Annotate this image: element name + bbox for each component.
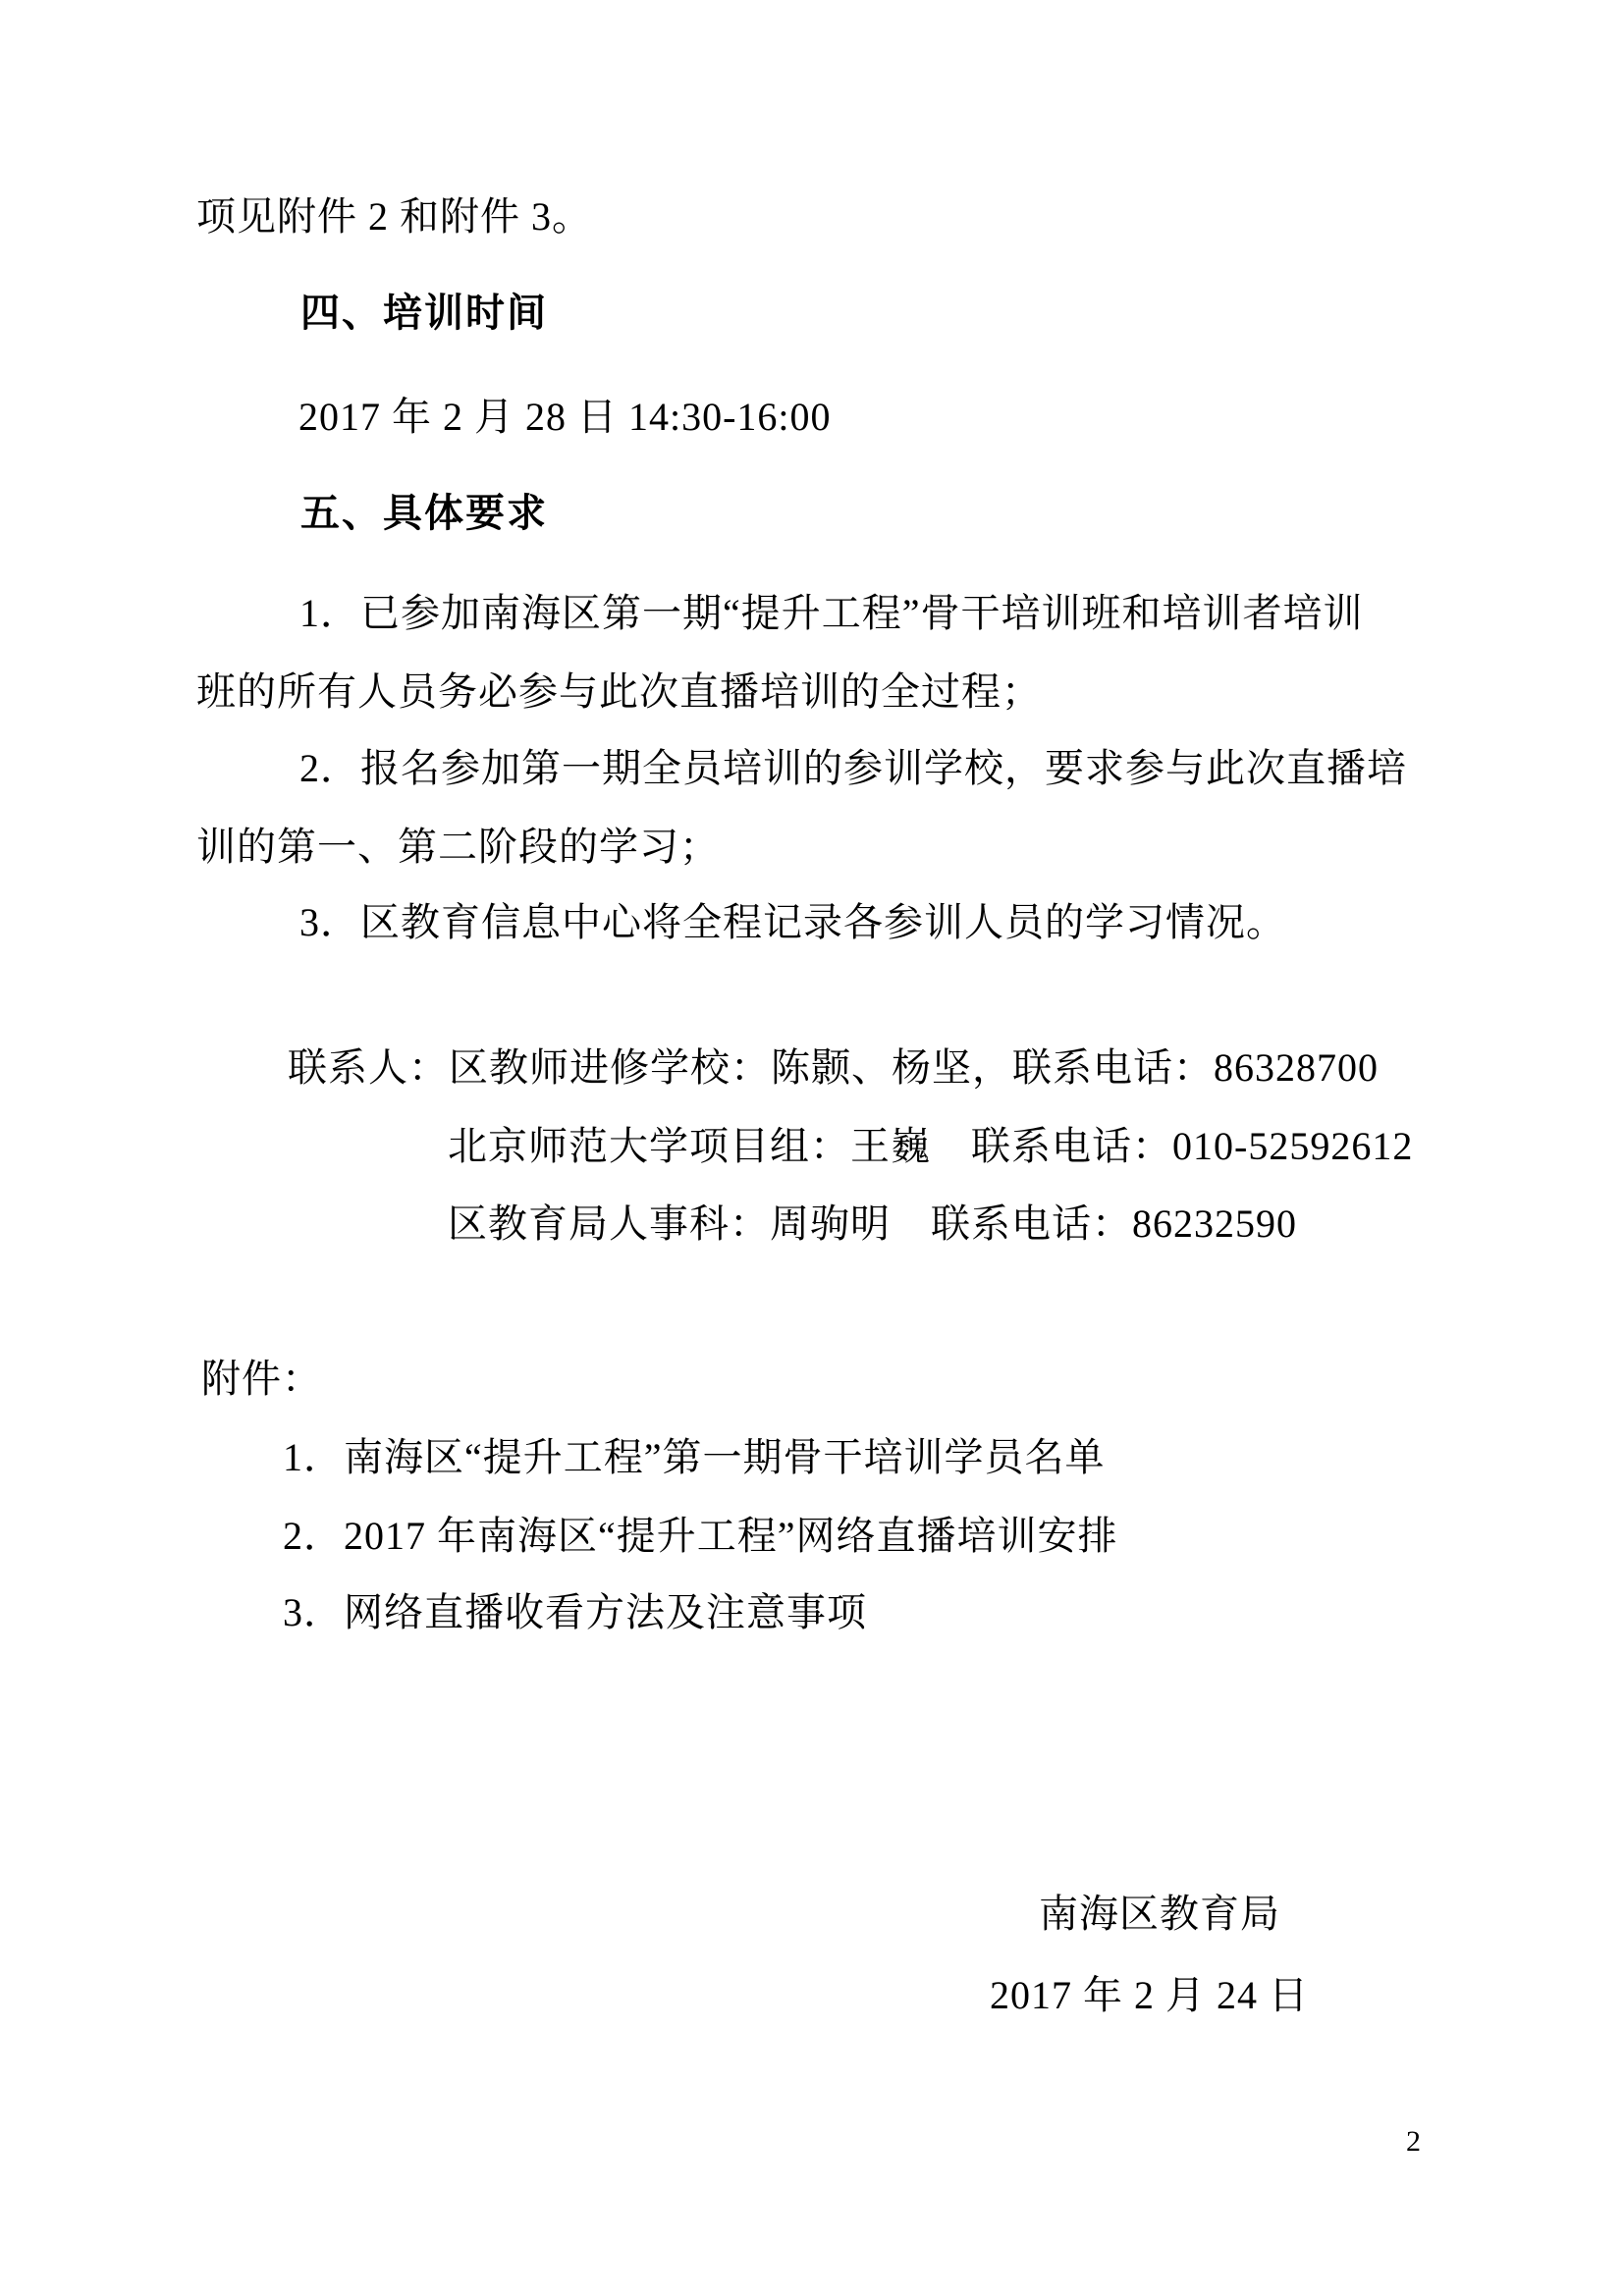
page-number: 2 — [1406, 2125, 1421, 2159]
section-five-heading: 五、具体要求 — [300, 489, 548, 538]
requirement-item1-line2: 班的所有人员务必参与此次直播培训的全过程； — [196, 667, 1042, 717]
attachment-item3: 3．网络直播收看方法及注意事项 — [283, 1588, 867, 1637]
attachments-label: 附件： — [201, 1355, 322, 1404]
contact-line-school: 联系人：区教师进修学校：陈颢、杨坚，联系电话：86328700 — [288, 1043, 1379, 1093]
signature-organization: 南海区教育局 — [1039, 1890, 1280, 1939]
signature-date: 2017 年 2 月 24 日 — [990, 1971, 1309, 2020]
requirement-item1-line1: 1．已参加南海区第一期“提升工程”骨干培训班和培训者培训 — [299, 589, 1364, 638]
training-time-text: 2017 年 2 月 28 日 14:30-16:00 — [298, 393, 832, 442]
intro-continuation-line: 项见附件 2 和附件 3。 — [196, 192, 592, 241]
requirement-item2-line1: 2．报名参加第一期全员培训的参训学校，要求参与此次直播培 — [299, 744, 1407, 793]
attachment-item2: 2．2017 年南海区“提升工程”网络直播培训安排 — [283, 1512, 1118, 1561]
attachment-item1: 1．南海区“提升工程”第一期骨干培训学员名单 — [283, 1433, 1106, 1482]
document-page: 项见附件 2 和附件 3。 四、培训时间 2017 年 2 月 28 日 14:… — [0, 0, 1624, 2296]
requirement-item2-line2: 训的第一、第二阶段的学习； — [196, 823, 720, 872]
contact-line-university: 北京师范大学项目组：王巍 联系电话：010-52592612 — [448, 1122, 1413, 1171]
section-four-heading: 四、培训时间 — [300, 289, 548, 338]
requirement-item3: 3．区教育信息中心将全程记录各参训人员的学习情况。 — [299, 898, 1286, 947]
contact-line-hr: 区教育局人事科：周驹明 联系电话：86232590 — [448, 1200, 1297, 1249]
